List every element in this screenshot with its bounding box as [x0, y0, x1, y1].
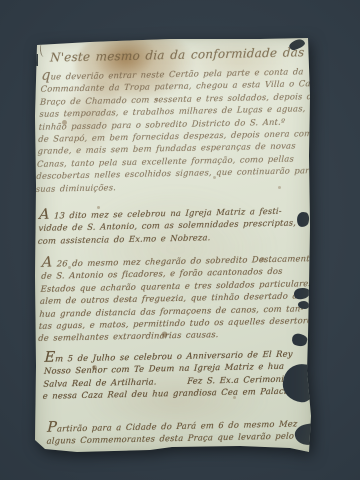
- paragraph-5: Partirão para a Cidade do Pará em 6 do m…: [46, 415, 298, 447]
- photo-background: N'este mesmo dia da conformidade das ord…: [0, 0, 360, 480]
- handwriting-layer: N'este mesmo dia da conformidade das ord…: [29, 33, 320, 459]
- paper-tear-right-3: [298, 301, 309, 309]
- paragraph-1: que deverião entrar neste Certão pela pa…: [35, 63, 328, 195]
- heading-line: N'este mesmo dia da conformidade das ord…: [50, 44, 353, 64]
- manuscript-page: N'este mesmo dia da conformidade das ord…: [33, 36, 315, 456]
- paper-notch-left: [30, 54, 38, 66]
- paragraph-3: A 26 do mesmo mez chegarão do sobredito …: [38, 250, 320, 345]
- paragraph-2: A 13 dito mez se celebrou na Igreja Matr…: [38, 202, 298, 247]
- paragraph-4: Em 5 de Julho se celebrou o Anniversario…: [42, 345, 297, 402]
- fox-specks: [33, 36, 36, 39]
- paper-sheet: N'este mesmo dia da conformidade das ord…: [33, 36, 315, 456]
